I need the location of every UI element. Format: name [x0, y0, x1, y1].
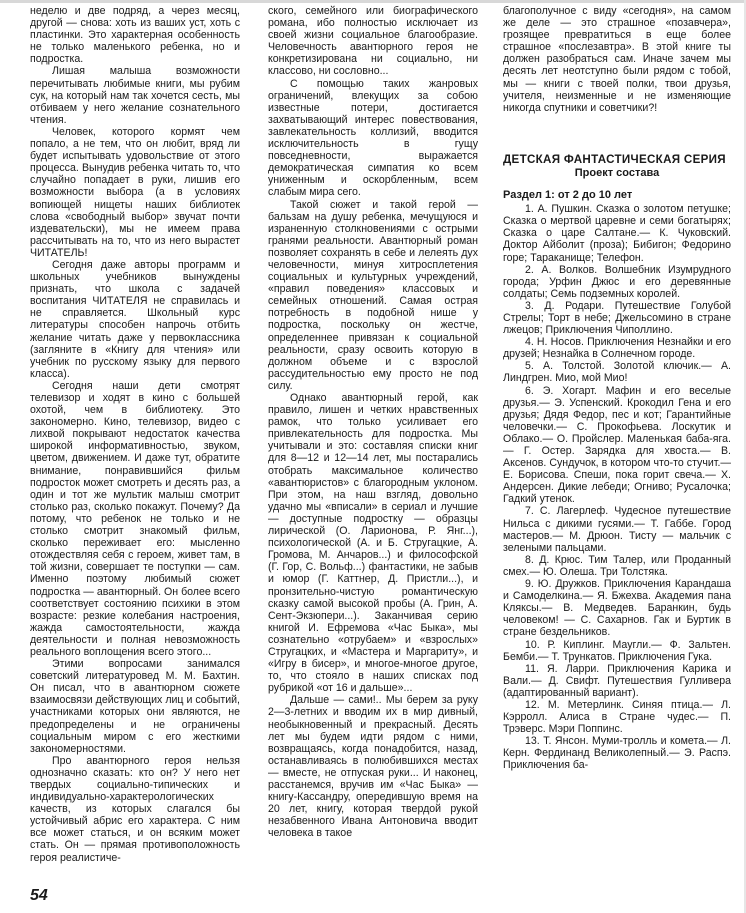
section-heading: Раздел 1: от 2 до 10 лет [503, 189, 731, 201]
paragraph: Однако авантюрный герой, как правило, ли… [268, 392, 478, 694]
paragraph: Сегодня наши дети смотрят телевизор и хо… [30, 380, 240, 658]
book-list-item: 10. Р. Киплинг. Маугли.— Ф. Зальтен. Бем… [503, 639, 731, 663]
paragraph: Про авантюрного героя нельзя однозначно … [30, 755, 240, 864]
book-list-item: 6. Э. Хогарт. Мафин и его веселые друзья… [503, 385, 731, 506]
book-list-item: 4. Н. Носов. Приключения Незнайки и его … [503, 336, 731, 360]
book-list-item: 1. А. Пушкин. Сказка о золотом петушке; … [503, 203, 731, 263]
page-top-border [0, 0, 746, 3]
paragraph: Этими вопросами занимался советский лите… [30, 658, 240, 755]
paragraph: Человек, которого кормят чем попало, а н… [30, 126, 240, 259]
paragraph: неделю и две подряд, а через месяц, друг… [30, 5, 240, 65]
book-list-item: 12. М. Метерлинк. Синяя птица.— Л. Кэрро… [503, 699, 731, 735]
page-number: 54 [30, 887, 48, 905]
paragraph: Лишая малыша возможности перечитывать лю… [30, 65, 240, 125]
book-list-item: 3. Д. Родари. Путешествие Голубой Стрелы… [503, 300, 731, 336]
paragraph: Дальше — сами!.. Мы берем за руку 2—3-ле… [268, 694, 478, 839]
paragraph: благополучное с виду «сегодня», на самом… [503, 5, 731, 114]
text-column-1: неделю и две подряд, а через месяц, друг… [30, 5, 240, 864]
book-list-item: 13. Т. Янсон. Муми-тролль и комета.— Л. … [503, 735, 731, 771]
series-subheading: Проект состава [503, 167, 731, 179]
book-list-item: 2. А. Волков. Волшебник Изумрудного горо… [503, 264, 731, 300]
text-column-2: ского, семейного или биографического ром… [268, 5, 478, 839]
text-column-3: благополучное с виду «сегодня», на самом… [503, 5, 731, 772]
book-list-item: 11. Я. Ларри. Приключения Карика и Вали.… [503, 663, 731, 699]
paragraph: С помощью таких жанровых ограничений, вл… [268, 78, 478, 199]
book-list-item: 9. Ю. Дружков. Приключения Карандаша и С… [503, 578, 731, 638]
paragraph: Такой сюжет и такой герой — бальзам на д… [268, 199, 478, 393]
book-list-item: 7. С. Лагерлеф. Чудесное путешествие Нил… [503, 505, 731, 553]
book-list-item: 8. Д. Крюс. Тим Талер, или Проданный сме… [503, 554, 731, 578]
paragraph: Сегодня даже авторы программ и школьных … [30, 259, 240, 380]
series-heading: ДЕТСКАЯ ФАНТАСТИЧЕСКАЯ СЕРИЯ [503, 154, 731, 166]
book-list-item: 5. А. Толстой. Золотой ключик.— А. Линдг… [503, 360, 731, 384]
paragraph: ского, семейного или биографического ром… [268, 5, 478, 78]
